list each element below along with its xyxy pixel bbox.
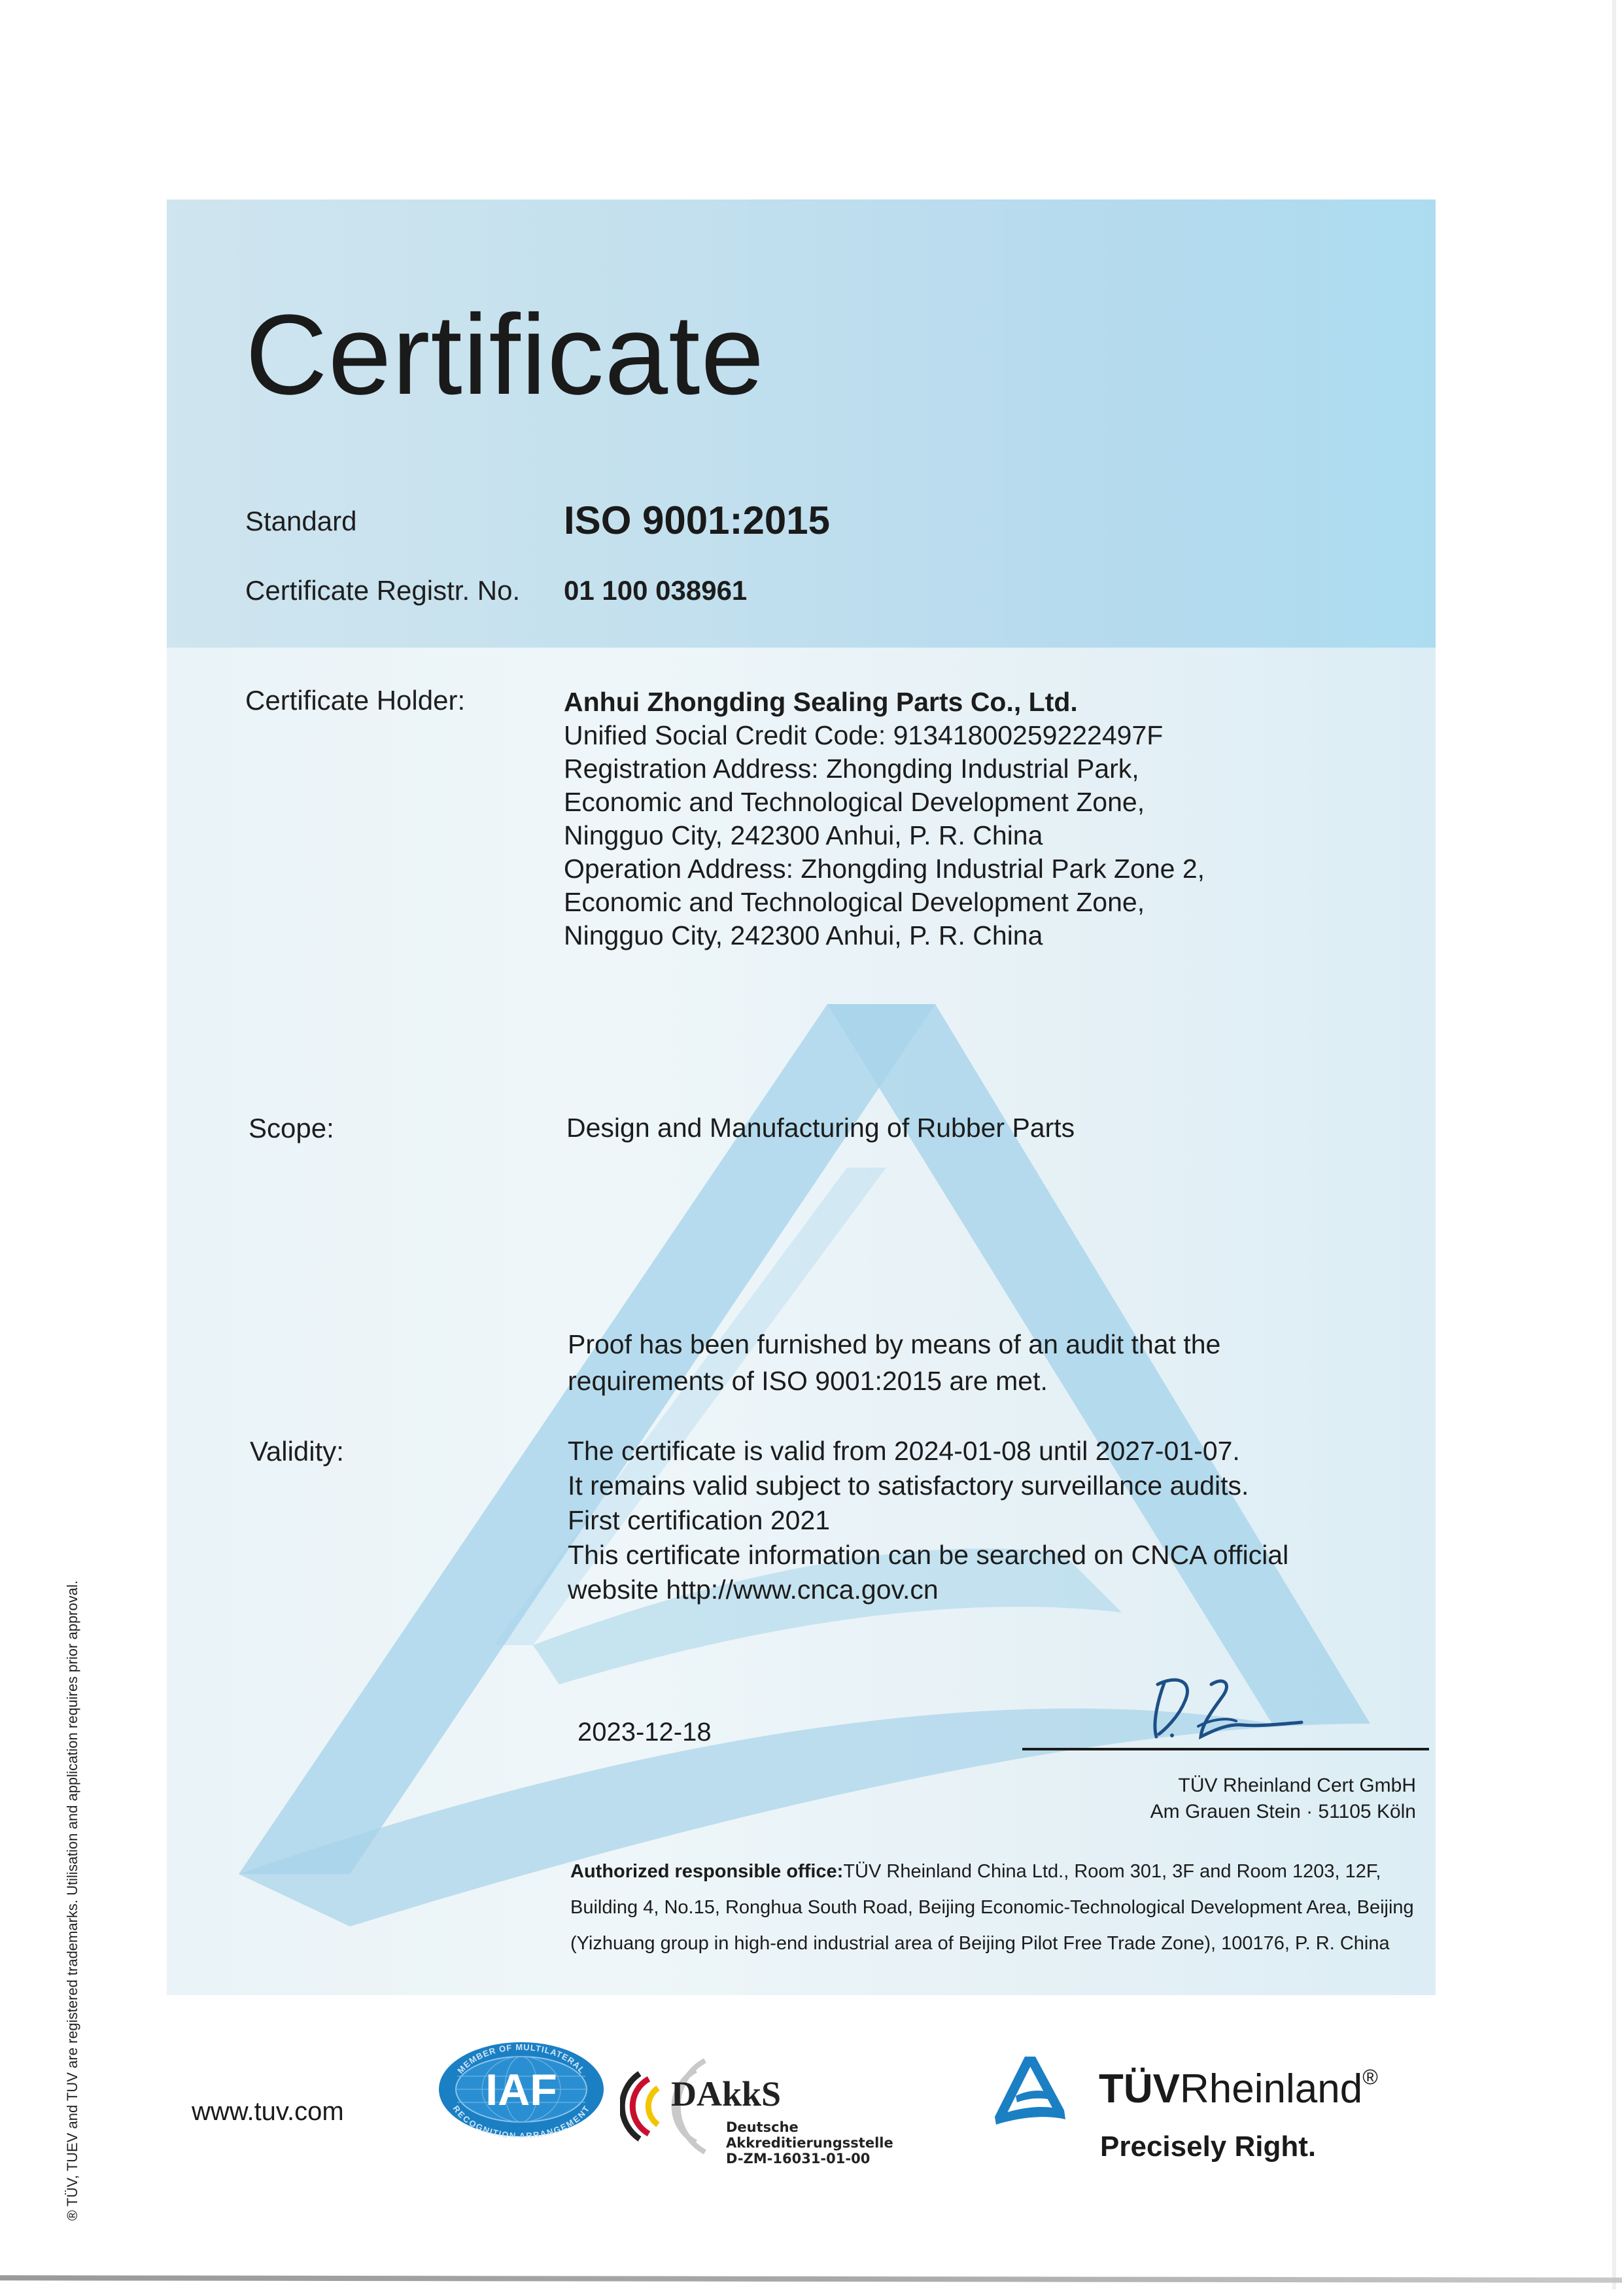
tuv-wordmark-bold: TÜV xyxy=(1099,2066,1180,2112)
certification-body: TÜV Rheinland Cert GmbH Am Grauen Stein … xyxy=(1150,1773,1416,1825)
dakks-logo: DAkkS Deutsche Akkreditierungsstelle D-Z… xyxy=(620,2047,895,2165)
proof-line: requirements of ISO 9001:2015 are met. xyxy=(568,1363,1220,1399)
page-edge xyxy=(1612,0,1616,2289)
validity-line: First certification 2021 xyxy=(568,1503,1288,1538)
dakks-accreditation-number: D-ZM-16031-01-00 xyxy=(726,2152,870,2166)
iaf-logo-icon: IAF MEMBER OF MULTILATERAL RECOGNITION A… xyxy=(436,2040,606,2138)
scope-label: Scope: xyxy=(249,1115,334,1142)
holder-label: Certificate Holder: xyxy=(245,687,465,714)
validity-line: This certificate information can be sear… xyxy=(568,1538,1288,1573)
dakks-name: DAkkS xyxy=(671,2074,781,2114)
standard-label: Standard xyxy=(245,508,356,535)
svg-text:IAF: IAF xyxy=(485,2065,557,2115)
holder-line: Registration Address: Zhongding Industri… xyxy=(564,752,1205,786)
scope-value: Design and Manufacturing of Rubber Parts xyxy=(566,1115,1075,1141)
trademark-notice: ® TÜV, TUEV and TUV are registered trade… xyxy=(65,1580,80,2221)
page-title: Certificate xyxy=(245,298,765,411)
holder-line: Unified Social Credit Code: 913418002592… xyxy=(564,719,1205,752)
issue-date: 2023-12-18 xyxy=(578,1719,712,1745)
certifier-address: Am Grauen Stein · 51105 Köln xyxy=(1150,1799,1416,1825)
dakks-line-2: Akkreditierungsstelle xyxy=(726,2136,893,2150)
holder-line: Ningguo City, 242300 Anhui, P. R. China xyxy=(564,919,1205,952)
holder-line: Ningguo City, 242300 Anhui, P. R. China xyxy=(564,819,1205,852)
tuv-triangle-logo-icon xyxy=(991,2054,1069,2126)
holder-line: Operation Address: Zhongding Industrial … xyxy=(564,852,1205,886)
holder-line: Economic and Technological Development Z… xyxy=(564,786,1205,819)
validity-line: website http://www.cnca.gov.cn xyxy=(568,1573,1288,1607)
holder-name: Anhui Zhongding Sealing Parts Co., Ltd. xyxy=(564,686,1205,719)
validity-line: The certificate is valid from 2024-01-08… xyxy=(568,1434,1288,1469)
holder-details: Anhui Zhongding Sealing Parts Co., Ltd. … xyxy=(564,686,1205,952)
validity-line: It remains valid subject to satisfactory… xyxy=(568,1469,1288,1503)
validity-label: Validity: xyxy=(250,1438,344,1465)
standard-value: ISO 9001:2015 xyxy=(564,501,830,540)
registered-mark: ® xyxy=(1362,2065,1378,2089)
authorized-office: Authorized responsible office:TÜV Rheinl… xyxy=(570,1854,1434,1962)
certifier-name: TÜV Rheinland Cert GmbH xyxy=(1150,1773,1416,1799)
validity-details: The certificate is valid from 2024-01-08… xyxy=(568,1434,1288,1607)
office-label: Authorized responsible office: xyxy=(570,1861,843,1882)
website-link[interactable]: www.tuv.com xyxy=(192,2098,344,2125)
proof-statement: Proof has been furnished by means of an … xyxy=(568,1326,1220,1399)
signature-icon xyxy=(1138,1671,1321,1747)
signature-line xyxy=(1022,1748,1429,1750)
tuv-rheinland-wordmark: TÜVRheinland® xyxy=(1099,2069,1378,2110)
registration-label: Certificate Registr. No. xyxy=(245,577,520,604)
dakks-line-1: Deutsche xyxy=(726,2121,799,2134)
tuv-slogan: Precisely Right. xyxy=(1100,2132,1316,2161)
certificate-content: Certificate Standard ISO 9001:2015 Certi… xyxy=(0,0,1622,2296)
holder-line: Economic and Technological Development Z… xyxy=(564,886,1205,919)
registration-number: 01 100 038961 xyxy=(564,577,747,604)
proof-line: Proof has been furnished by means of an … xyxy=(568,1326,1220,1363)
tuv-wordmark-regular: Rheinland xyxy=(1180,2066,1362,2112)
